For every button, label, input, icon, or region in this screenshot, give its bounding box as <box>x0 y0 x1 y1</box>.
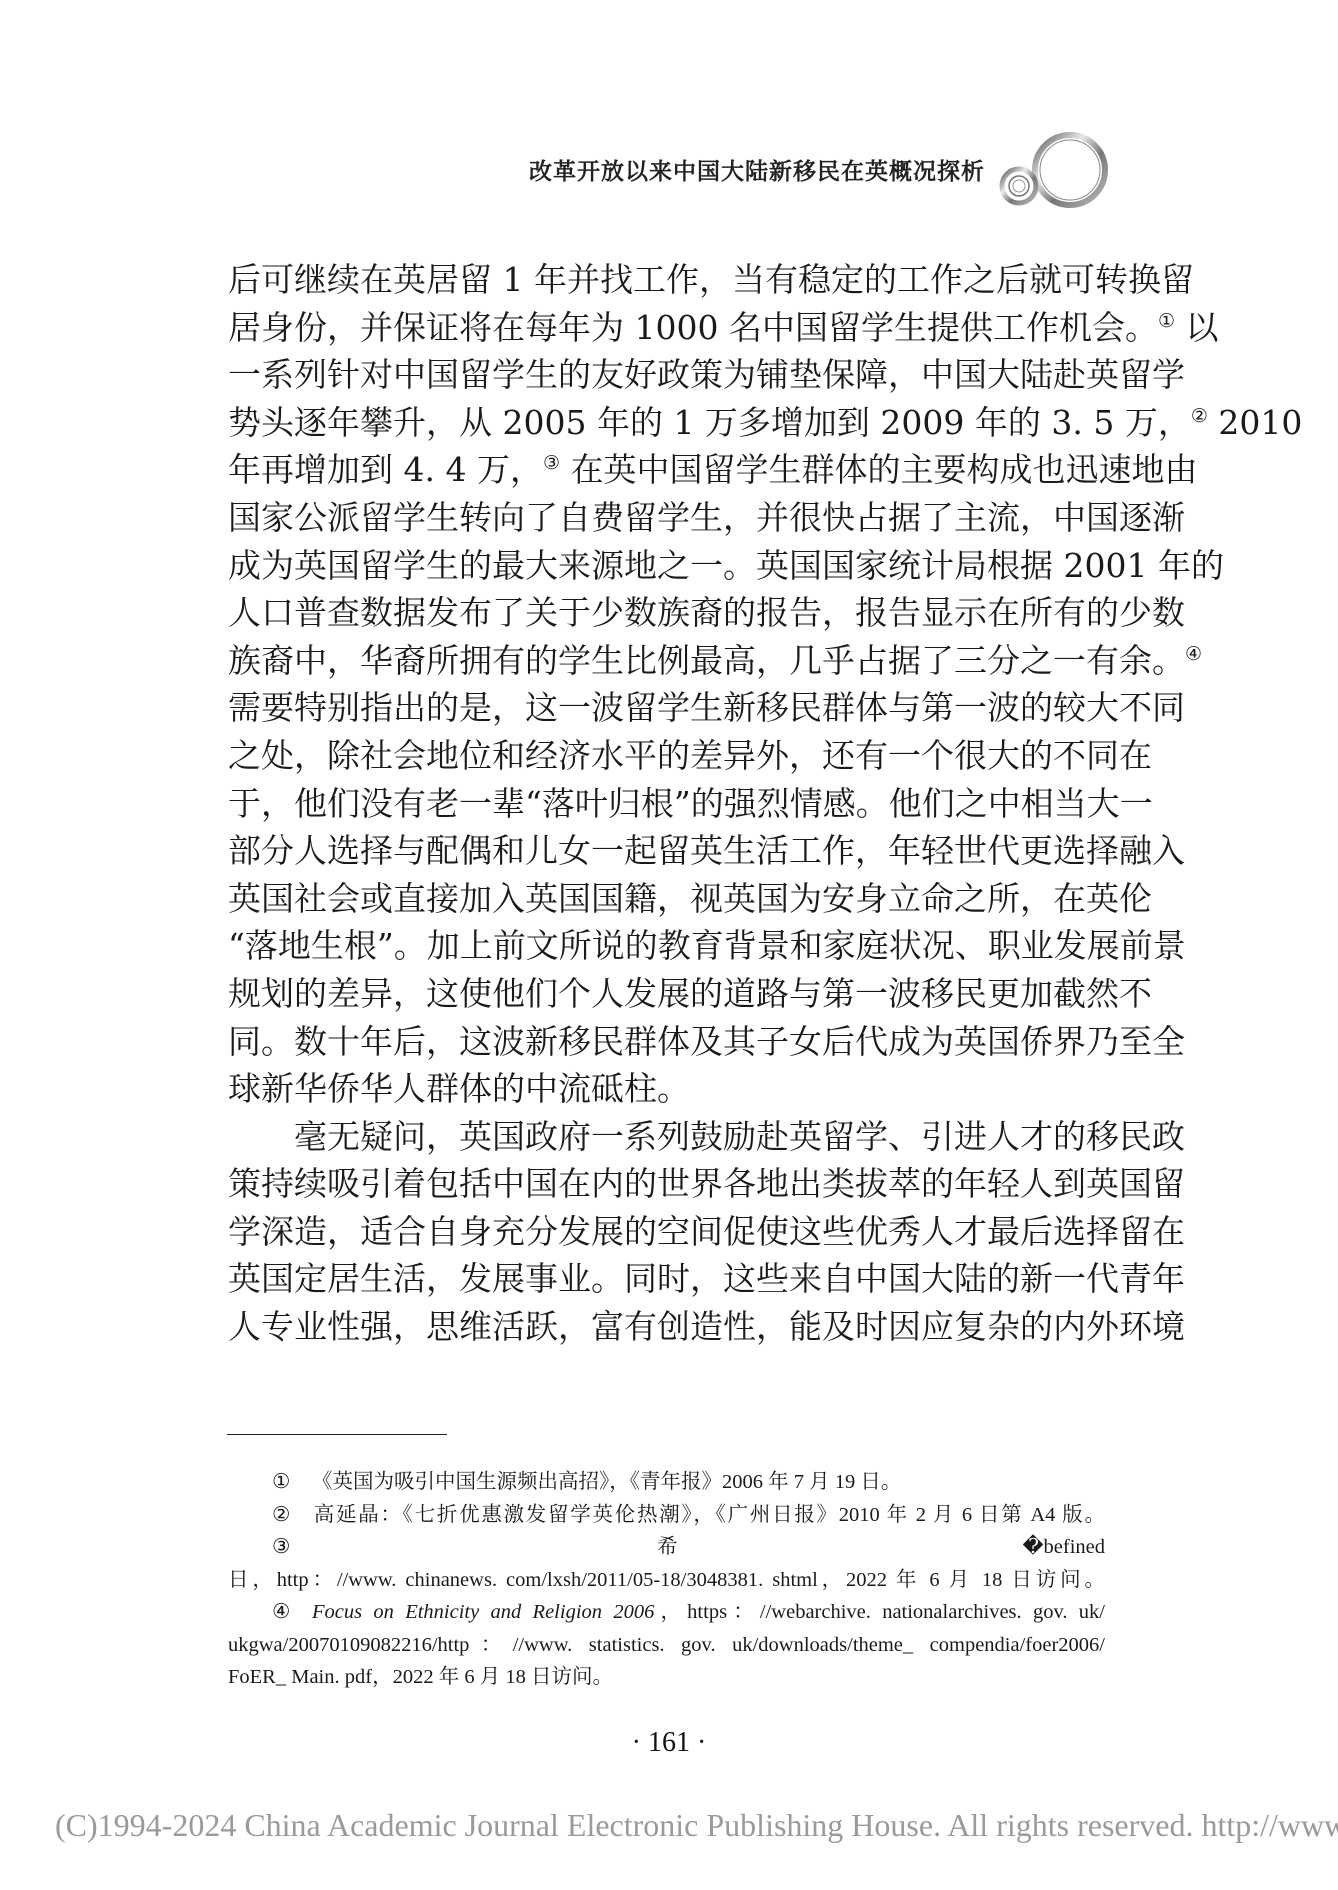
line-text: 居身份，并保证将在每年为 1000 名中国留学生提供工作机会。 <box>228 308 1158 347</box>
footnote-ref-1[interactable]: ① <box>1158 310 1175 332</box>
footnote-text: 高延晶：《七折优惠激发留学英伦热潮》，《广州日报》2010 年 2 月 6 日第… <box>312 1504 1105 1526</box>
footnote-separator <box>227 1434 447 1435</box>
line-text: 年再增加到 4. 4 万， <box>228 450 543 489</box>
body-line: 规划的差异，这使他们个人发展的道路与第一波移民更加截然不 <box>228 970 1105 1018</box>
body-line: 一系列针对中国留学生的友好政策为铺垫保障，中国大陆赴英留学 <box>228 351 1105 399</box>
body-line: 同。数十年后，这波新移民群体及其子女后代成为英国侨界乃至全 <box>228 1018 1105 1066</box>
body-line: 人专业性强，思维活跃，富有创造性，能及时因应复杂的内外环境 <box>228 1303 1105 1351</box>
footnote-number: ② <box>272 1499 312 1532</box>
footnote-number: ④ <box>272 1596 312 1629</box>
footnote-ref-4[interactable]: ④ <box>1185 643 1202 665</box>
body-line: 英国定居生活，发展事业。同时，这些来自中国大陆的新一代青年 <box>228 1255 1105 1303</box>
footnote-link-text[interactable]: 日，http：//www. chinanews. com/lxsh/2011/0… <box>228 1569 1105 1591</box>
footnote-4-continued: ukgwa/20070109082216/http：//www. statist… <box>228 1629 1105 1662</box>
footnote-1: ①《英国为吸引中国生源频出高招》，《青年报》2006 年 7 月 19 日。 <box>228 1466 1105 1499</box>
line-text: 族裔中，华裔所拥有的学生比例最高，几乎占据了三分之一有余。 <box>228 641 1185 680</box>
footnote-3: ③希�befined <box>228 1531 1105 1564</box>
body-line: 人口普查数据发布了关于少数族裔的报告，报告显示在所有的少数 <box>228 589 1105 637</box>
body-line: 需要特别指出的是，这一波留学生新移民群体与第一波的较大不同 <box>228 684 1105 732</box>
footnote-4: ④Focus on Ethnicity and Religion 2006，ht… <box>228 1596 1105 1629</box>
footnotes: ①《英国为吸引中国生源频出高招》，《青年报》2006 年 7 月 19 日。 ②… <box>228 1466 1105 1694</box>
line-text: 在英中国留学生群体的主要构成也迅速地由 <box>560 450 1198 489</box>
copyright-watermark: (C)1994-2024 China Academic Journal Elec… <box>55 1805 1338 1845</box>
body-line: 居身份，并保证将在每年为 1000 名中国留学生提供工作机会。① 以 <box>228 304 1105 352</box>
body-line: 英国社会或直接加入英国国籍，视英国为安身立命之所，在英伦 <box>228 875 1105 923</box>
body-line: 族裔中，华裔所拥有的学生比例最高，几乎占据了三分之一有余。④ <box>228 637 1105 685</box>
footnote-link-text[interactable]: ，https：//webarchive. nationalarchives. g… <box>654 1601 1105 1623</box>
footnote-link-text[interactable]: FoER_ Main. pdf，2022 年 6 月 18 日访问。 <box>228 1666 613 1688</box>
body-line: “落地生根”。加上前文所说的教育背景和家庭状况、职业发展前景 <box>228 922 1105 970</box>
line-text: 2010 <box>1208 403 1302 442</box>
body-line: 国家公派留学生转向了自费留学生，并很快占据了主流，中国逐渐 <box>228 494 1105 542</box>
footnote-text: 希�befined <box>312 1536 1105 1558</box>
footnote-3-continued: 日，http：//www. chinanews. com/lxsh/2011/0… <box>228 1564 1105 1597</box>
footnote-ref-3[interactable]: ③ <box>543 452 560 474</box>
body-line: 策持续吸引着包括中国在内的世界各地出类拔萃的年轻人到英国留 <box>228 1160 1105 1208</box>
page-number: · 161 · <box>0 1724 1338 1762</box>
body-line: 球新华侨华人群体的中流砥柱。 <box>228 1065 1105 1113</box>
body-text: 后可继续在英居留 1 年并找工作，当有稳定的工作之后就可转换留 居身份，并保证将… <box>228 256 1105 1351</box>
footnote-text: 《英国为吸引中国生源频出高招》，《青年报》2006 年 7 月 19 日。 <box>312 1471 901 1493</box>
body-line: 于，他们没有老一辈“落叶归根”的强烈情感。他们之中相当大一 <box>228 780 1105 828</box>
double-ring-icon <box>995 128 1115 212</box>
body-line: 成为英国留学生的最大来源地之一。英国国家统计局根据 2001 年的 <box>228 542 1105 590</box>
body-line: 部分人选择与配偶和儿女一起留英生活工作，年轻世代更选择融入 <box>228 827 1105 875</box>
footnote-link-text[interactable]: ukgwa/20070109082216/http：//www. statist… <box>228 1634 1105 1656</box>
paragraph-start-line: 毫无疑问，英国政府一系列鼓励赴英留学、引进人才的移民政 <box>228 1113 1105 1161</box>
body-line: 学深造，适合自身充分发展的空间促使这些优秀人才最后选择留在 <box>228 1208 1105 1256</box>
footnote-number: ① <box>272 1466 312 1499</box>
line-text: 以 <box>1175 308 1219 347</box>
footnote-4-continued: FoER_ Main. pdf，2022 年 6 月 18 日访问。 <box>228 1661 1105 1694</box>
running-header-title: 改革开放以来中国大陆新移民在英概况探析 <box>440 152 985 192</box>
footnote-number: ③ <box>272 1531 312 1564</box>
footnote-source-title: Focus on Ethnicity and Religion 2006 <box>312 1601 654 1623</box>
body-line: 后可继续在英居留 1 年并找工作，当有稳定的工作之后就可转换留 <box>228 256 1105 304</box>
body-line: 势头逐年攀升，从 2005 年的 1 万多增加到 2009 年的 3. 5 万，… <box>228 399 1105 447</box>
body-line: 之处，除社会地位和经济水平的差异外，还有一个很大的不同在 <box>228 732 1105 780</box>
body-line: 年再增加到 4. 4 万，③ 在英中国留学生群体的主要构成也迅速地由 <box>228 446 1105 494</box>
footnote-2: ②高延晶：《七折优惠激发留学英伦热潮》，《广州日报》2010 年 2 月 6 日… <box>228 1499 1105 1532</box>
footnote-ref-2[interactable]: ② <box>1191 405 1208 427</box>
line-text: 势头逐年攀升，从 2005 年的 1 万多增加到 2009 年的 3. 5 万， <box>228 403 1191 442</box>
document-page: 改革开放以来中国大陆新移民在英概况探析 后可继续在英居留 1 年并找工作，当有稳… <box>0 0 1338 1890</box>
